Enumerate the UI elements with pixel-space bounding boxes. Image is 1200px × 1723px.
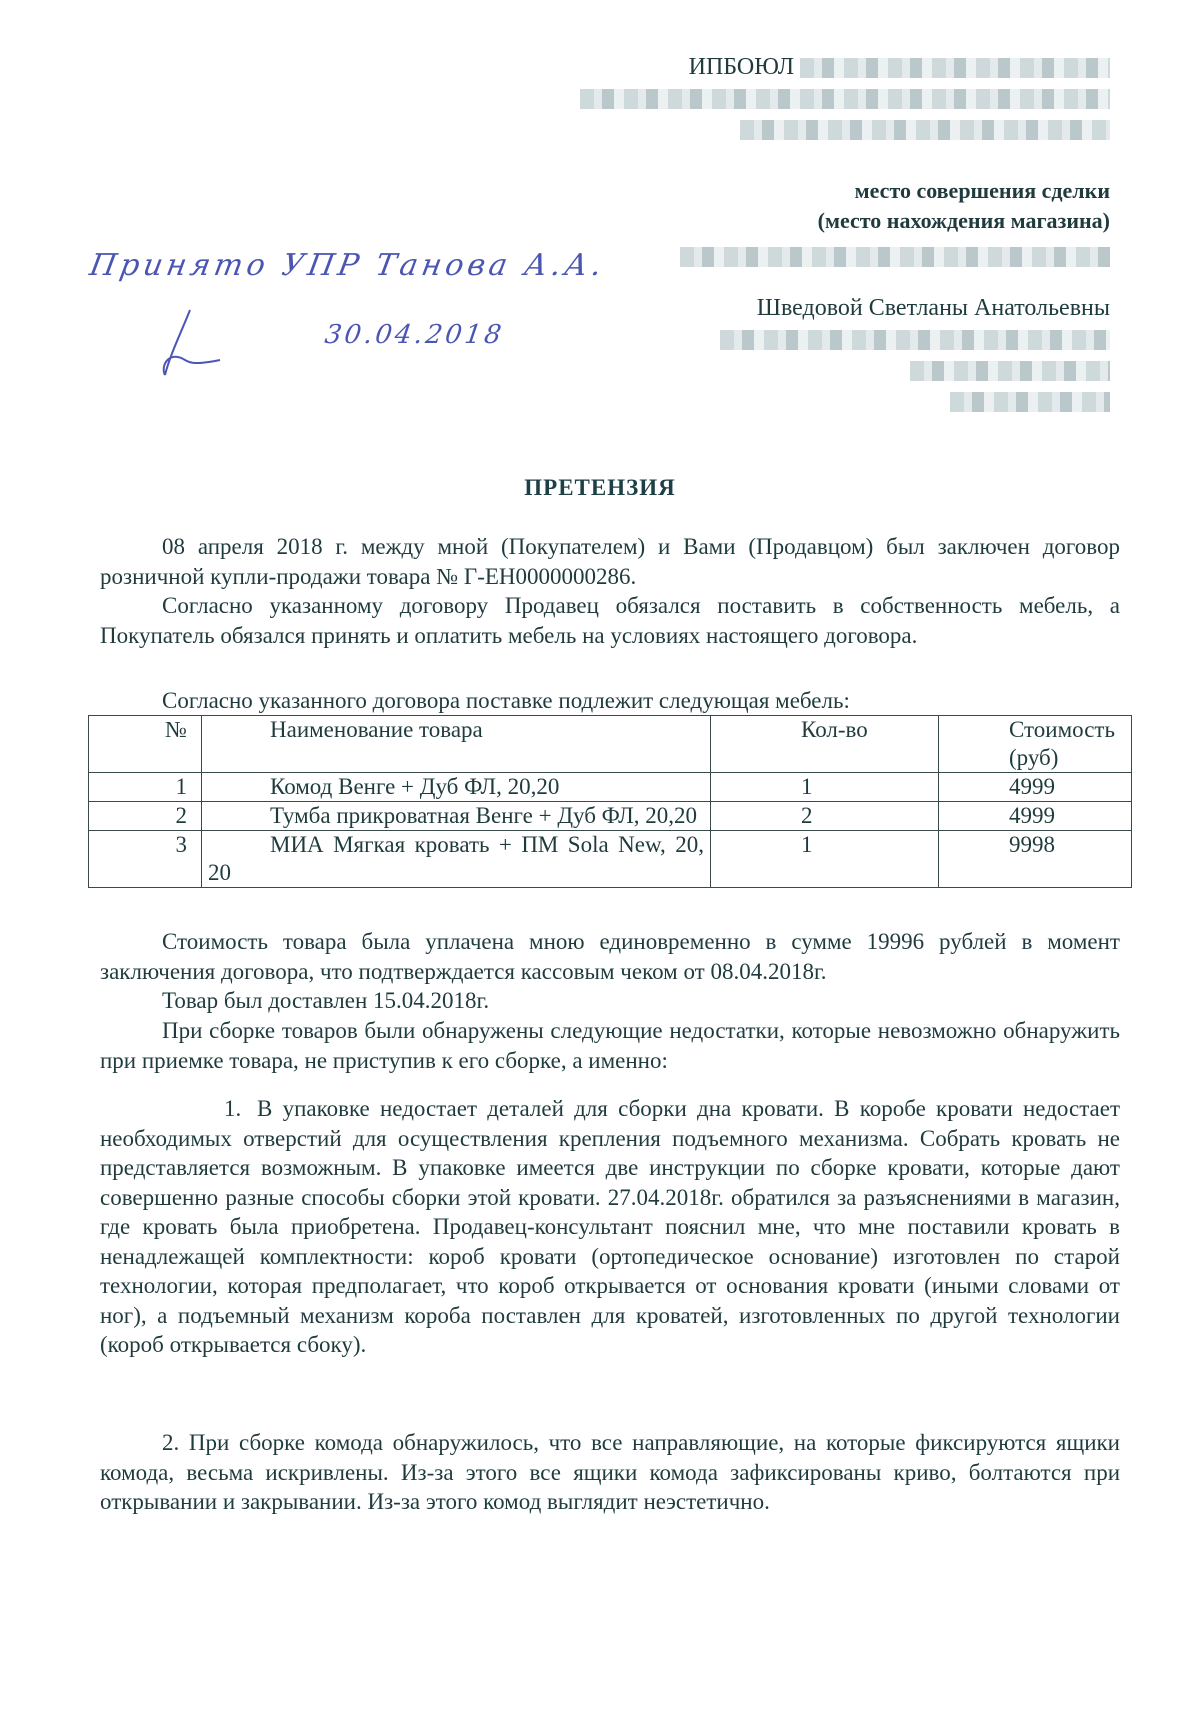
redacted-addressee-address-2 (740, 120, 1110, 140)
place-label-line1: место совершения сделки (680, 176, 1110, 206)
claim-document-page: ИПБОЮЛ место совершения сделки (место на… (0, 0, 1200, 1723)
stamp-date: 30.04.2018 (323, 320, 506, 350)
sender-name: Шведовой Светланы Анатольевны (720, 293, 1110, 324)
stamp-received-note: Принято УПР Танова А.А. (87, 248, 608, 283)
defect-item-1: 1.В упаковке недостает деталей для сборк… (100, 1094, 1120, 1360)
signature-icon (150, 305, 240, 385)
transaction-place-block: место совершения сделки (место нахождени… (680, 176, 1110, 270)
defect-marker: 1. (162, 1094, 257, 1124)
header-qty: Кол-во (711, 716, 939, 773)
redacted-shop-address (680, 247, 1110, 267)
header-num: № (89, 716, 202, 773)
addressee-block: ИПБОЮЛ (580, 52, 1110, 145)
received-stamp-handwriting: Принято УПР Танова А.А. 30.04.2018 (70, 240, 670, 390)
defect-marker: 2. (162, 1430, 179, 1455)
paragraph-obligations: Согласно указанному договору Продавец об… (100, 591, 1120, 650)
defect-item-2: 2. При сборке комода обнаружилось, что в… (100, 1428, 1120, 1517)
table-row: 1 Комод Венге + Дуб ФЛ, 20,20 1 4999 (89, 773, 1132, 802)
paragraph-defects-intro: При сборке товаров были обнаружены следу… (100, 1016, 1120, 1075)
paragraph-payment: Стоимость товара была уплачена мною един… (100, 927, 1120, 986)
paragraph-goods-intro: Согласно указанного договора поставке по… (100, 686, 1120, 716)
redacted-addressee-name (800, 58, 1110, 78)
header-name: Наименование товара (202, 716, 711, 773)
redacted-addressee-address-1 (580, 89, 1110, 109)
header-cost: Стоимость (руб) (939, 716, 1132, 773)
table-row: 2 Тумба прикроватная Венге + Дуб ФЛ, 20,… (89, 802, 1132, 831)
table-row: 3 МИА Мягкая кровать + ПМ Sola New, 20, … (89, 831, 1132, 888)
document-title: ПРЕТЕНЗИЯ (0, 475, 1200, 501)
addressee-prefix: ИПБОЮЛ (689, 54, 794, 80)
redacted-sender-address-1 (720, 330, 1110, 350)
sender-block: Шведовой Светланы Анатольевны (720, 293, 1110, 417)
paragraph-contract: 08 апреля 2018 г. между мной (Покупателе… (100, 532, 1120, 591)
table-header-row: № Наименование товара Кол-во Стоимость (… (89, 716, 1132, 773)
redacted-sender-address-2 (910, 361, 1110, 381)
goods-table: № Наименование товара Кол-во Стоимость (… (88, 715, 1132, 888)
place-label-line2: (место нахождения магазина) (680, 206, 1110, 236)
paragraph-delivery: Товар был доставлен 15.04.2018г. (100, 986, 1120, 1016)
redacted-sender-phone (950, 392, 1110, 412)
